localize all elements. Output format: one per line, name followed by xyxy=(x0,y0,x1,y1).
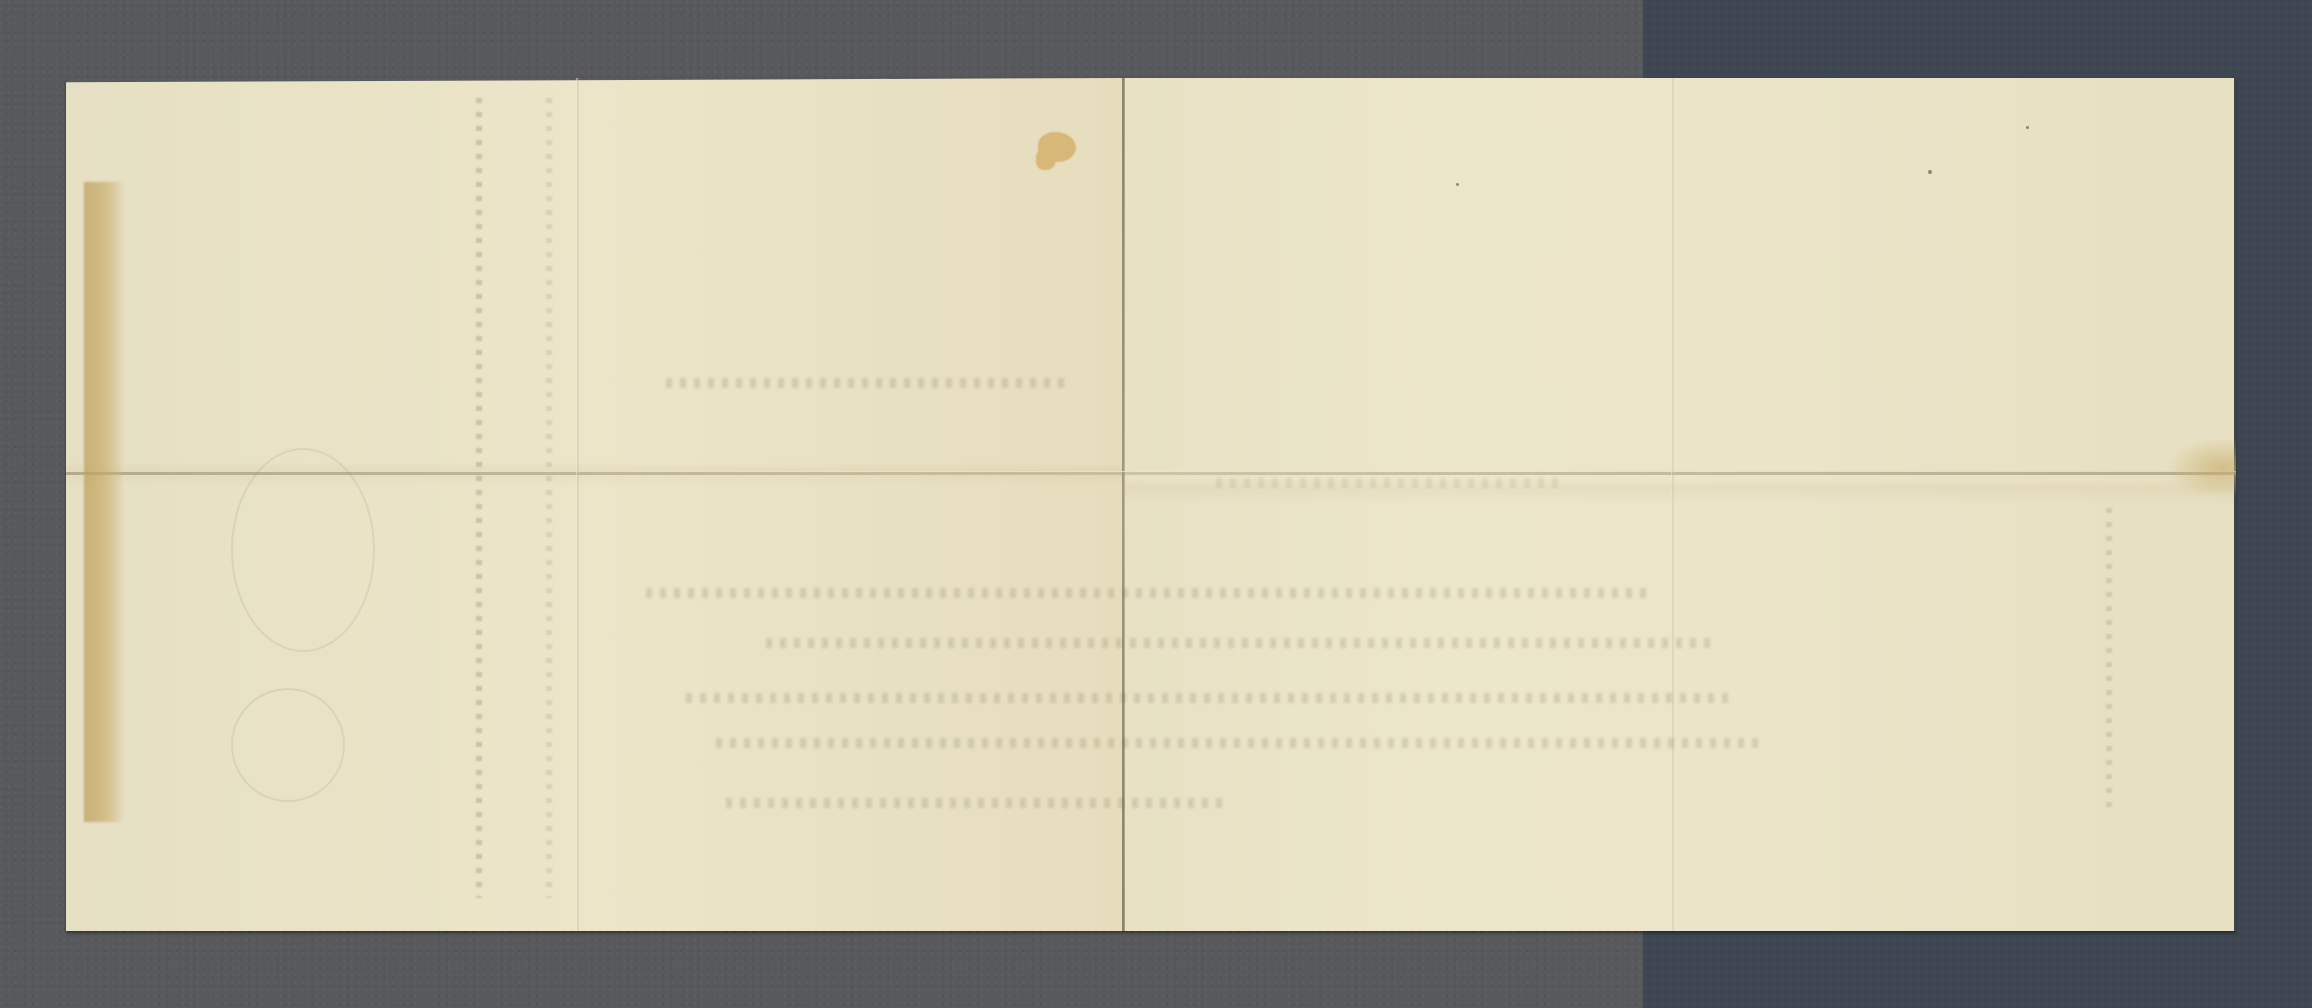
glue-strip-stain xyxy=(84,182,122,822)
photo-scene: Back side of an aged, folded paper docum… xyxy=(0,0,2312,1008)
torn-corner-discoloration xyxy=(2166,438,2236,498)
speck xyxy=(1928,170,1932,174)
speck xyxy=(1456,183,1459,186)
speck xyxy=(2026,126,2029,129)
document-description: Back side of an aged, folded paper docum… xyxy=(66,78,67,79)
ink-bleed-line xyxy=(646,588,1646,598)
brown-stain-blob-small xyxy=(1036,148,1056,170)
document-paper: Back side of an aged, folded paper docum… xyxy=(66,78,2236,931)
vertical-fold-right xyxy=(1671,78,1674,931)
ink-bleed-line xyxy=(766,638,1716,648)
horizontal-fold-crease xyxy=(66,471,2236,475)
ink-bleed-column xyxy=(2106,508,2112,808)
ink-bleed-line xyxy=(1216,478,1566,488)
ink-bleed-line xyxy=(716,738,1766,748)
stamp-ghost-oval xyxy=(231,448,375,652)
ink-bleed-column xyxy=(546,98,552,898)
ink-bleed-column xyxy=(476,98,482,898)
ink-bleed-line xyxy=(726,798,1226,808)
vertical-fold-left xyxy=(576,78,579,931)
document-right-panel xyxy=(1124,78,2234,931)
stamp-ghost-circle xyxy=(231,688,345,802)
ink-bleed-line xyxy=(686,693,1736,703)
ink-bleed-line xyxy=(666,378,1066,388)
